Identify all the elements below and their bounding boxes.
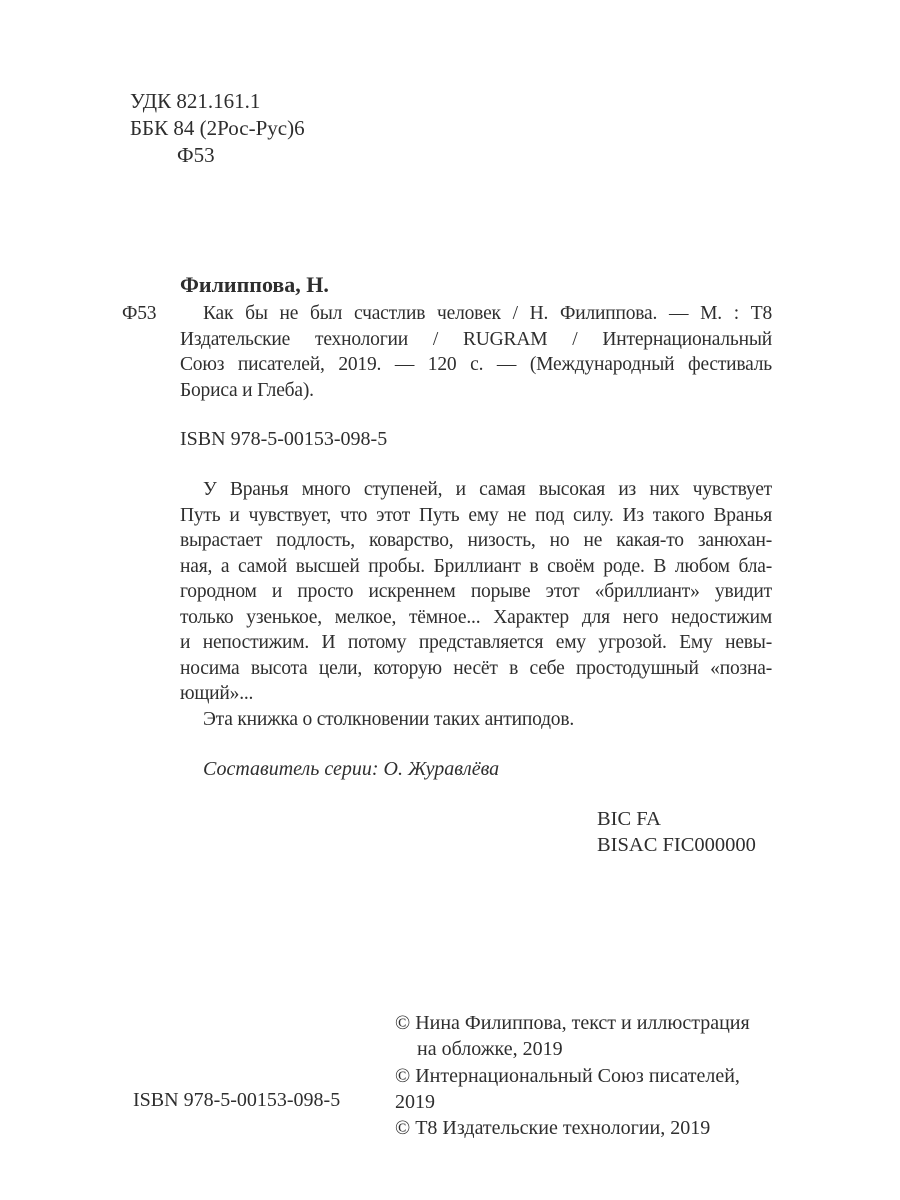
annotation-line: ющий»... (180, 681, 772, 707)
annotation-line: Путь и чувствует, что этот Путь ему не п… (180, 503, 772, 529)
catalog-record-text: Как бы не был счастлив человек / Н. Фили… (180, 301, 772, 404)
annotation-line: и непостижим. И потому представляется ем… (180, 630, 772, 656)
series-compiler-line: Составитель серии: О. Журавлёва (203, 758, 499, 781)
annotation-line: носима высота цели, которую несёт в себе… (180, 656, 772, 682)
bisac-code: BISAC FIC000000 (597, 832, 756, 858)
bic-code: BIC FA (597, 806, 756, 832)
copyright-line: © Нина Филиппова, текст и иллюстрация (395, 1010, 777, 1036)
annotation-line: городном и просто искреннем порыве этот … (180, 579, 772, 605)
annotation-line: только узенькое, мелкое, тёмное... Харак… (180, 605, 772, 631)
author-sign-top: Ф53 (130, 142, 305, 169)
copyright-block: © Нина Филиппова, текст и иллюстрация на… (395, 1010, 777, 1141)
annotation-line: ная, а самой высшей пробы. Бриллиант в с… (180, 554, 772, 580)
bbk-number: ББК 84 (2Рос-Рус)6 (130, 115, 305, 142)
copyright-line-continuation: на обложке, 2019 (395, 1036, 777, 1062)
classification-block: УДК 821.161.1 ББК 84 (2Рос-Рус)6 Ф53 (130, 88, 305, 169)
subject-codes-block: BIC FA BISAC FIC000000 (597, 806, 756, 858)
catalog-record-line: Бориса и Глеба). (180, 378, 772, 404)
annotation-paragraph: У Вранья много ступеней, и самая высокая… (180, 477, 772, 732)
catalog-record: Ф53 Как бы не был счастлив человек / Н. … (122, 301, 772, 404)
annotation-line: вырастает подлость, коварство, низость, … (180, 528, 772, 554)
copyright-line: © Т8 Издательские технологии, 2019 (395, 1115, 777, 1141)
isbn-number: ISBN 978-5-00153-098-5 (180, 428, 387, 451)
catalog-record-line: Союз писателей, 2019. — 120 с. — (Междун… (180, 352, 772, 378)
copyright-line: © Интернациональный Союз писателей, 2019 (395, 1063, 777, 1116)
catalog-record-line: Издательские технологии / RUGRAM / Интер… (180, 327, 772, 353)
author-heading: Филиппова, Н. (180, 272, 329, 298)
author-sign-record: Ф53 (122, 301, 156, 327)
annotation-line: У Вранья много ступеней, и самая высокая… (180, 477, 772, 503)
catalog-record-line: Как бы не был счастлив человек / Н. Фили… (180, 301, 772, 327)
udk-number: УДК 821.161.1 (130, 88, 305, 115)
isbn-number-bottom: ISBN 978-5-00153-098-5 (133, 1089, 340, 1112)
book-imprint-page: УДК 821.161.1 ББК 84 (2Рос-Рус)6 Ф53 Фил… (0, 0, 900, 1200)
annotation-closing-line: Эта книжка о столкновении таких антиподо… (180, 707, 772, 733)
